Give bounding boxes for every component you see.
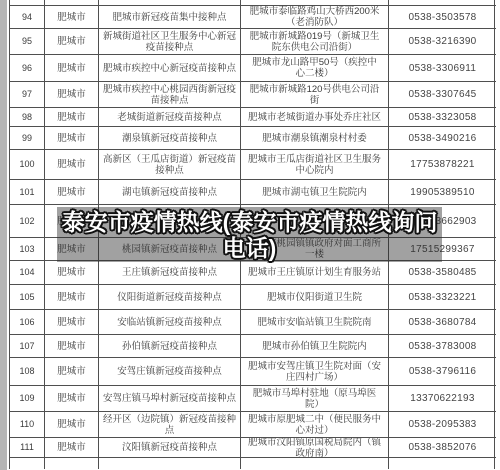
cell-phone-number: 0538-3796116	[389, 358, 496, 386]
cell-phone-number: 0538-3490216	[389, 127, 496, 150]
cell-site-address: 肥城市王庄镇原计划生育服务站	[241, 261, 389, 285]
cell-phone-number: 0538-3306911	[389, 55, 496, 82]
cell-site-name: 新城街道社区卫生服务中心新冠疫苗接种点	[99, 29, 241, 55]
cell-row-number: 98	[10, 108, 45, 127]
cell-phone	[389, 458, 496, 469]
cell-row-number: 95	[10, 29, 45, 55]
cell-phone-number: 0538-3852076	[389, 438, 496, 458]
cell-row-number: 100	[10, 150, 45, 180]
cell-city-name: 肥城市	[45, 150, 99, 180]
cell-site-name: 肥城市疾控中心新冠疫苗接种点	[99, 55, 241, 82]
partial-bottom-row	[10, 458, 494, 469]
table-row: 110 肥城市 经开区（边院镇）新冠疫苗接种点 肥城市原肥城二中（便民服务中心对…	[10, 412, 494, 438]
cell-site-address: 肥城市老城街道办事处乔庄社区	[241, 108, 389, 127]
cell-phone-number: 0538-3680784	[389, 310, 496, 335]
cell-row-number: 101	[10, 180, 45, 205]
cell-row-number: 111	[10, 438, 45, 458]
cell-site-name: 安临站镇新冠疫苗接种点	[99, 310, 241, 335]
table-row: 95 肥城市 新城街道社区卫生服务中心新冠疫苗接种点 肥城市新城路019号（新城…	[10, 29, 494, 55]
cell-city-name: 肥城市	[45, 358, 99, 386]
cell-row-number: 103	[10, 238, 45, 261]
cell-site-name: 安驾庄镇马埠村新冠疫苗接种点	[99, 386, 241, 412]
cell-city-name: 肥城市	[45, 127, 99, 150]
table-row: 108 肥城市 安驾庄镇新冠疫苗接种点 肥城市安驾庄镇卫生院对面（安庄四村广场）…	[10, 358, 494, 386]
table-row: 99 肥城市 潮泉镇新冠疫苗接种点 肥城市潮泉镇潮泉村村委 0538-34902…	[10, 127, 494, 150]
cell-site	[99, 458, 241, 469]
screenshot-root: 94 肥城市 肥城市新冠疫苗集中接种点 肥城市泰临路鸡山大桥西200米（老消防队…	[0, 0, 500, 470]
cell-site-address: 肥城市孙伯镇卫生院院内	[241, 335, 389, 358]
table-row: 109 肥城市 安驾庄镇马埠村新冠疫苗接种点 肥城市马埠村驻地（原马埠医院） 1…	[10, 386, 494, 412]
cell-city-name: 肥城市	[45, 55, 99, 82]
cell-site-name: 湖屯镇新冠疫苗接种点	[99, 180, 241, 205]
cell-row-number: 99	[10, 127, 45, 150]
cell-site-address: 肥城市原肥城二中（便民服务中心对过）	[241, 412, 389, 438]
table-row: 96 肥城市 肥城市疾控中心新冠疫苗接种点 肥城市龙山路甲50号（疾控中心二楼）…	[10, 55, 494, 82]
cell-site-address: 肥城市安临站镇卫生院院南	[241, 310, 389, 335]
cell-city-name: 肥城市	[45, 29, 99, 55]
cell-city-name: 肥城市	[45, 310, 99, 335]
cell-city-name: 肥城市	[45, 82, 99, 108]
table-row: 101 肥城市 湖屯镇新冠疫苗接种点 肥城市湖屯镇卫生院院内 199053895…	[10, 180, 494, 205]
cell-site-address: 肥城市新城路019号（新城卫生院东供电公司沿街）	[241, 29, 389, 55]
cell-site-address: 肥城市龙山路甲50号（疾控中心二楼）	[241, 55, 389, 82]
cell-phone-number: 0538-3307645	[389, 82, 496, 108]
cell-city-name: 肥城市	[45, 285, 99, 310]
cell-phone-number: 13370622193	[389, 386, 496, 412]
cell-row-number: 110	[10, 412, 45, 438]
cell-row-number: 109	[10, 386, 45, 412]
cell-row-number: 108	[10, 358, 45, 386]
cell-city-name: 肥城市	[45, 386, 99, 412]
cell-row-number: 97	[10, 82, 45, 108]
table-row: 94 肥城市 肥城市新冠疫苗集中接种点 肥城市泰临路鸡山大桥西200米（老消防队…	[10, 6, 494, 29]
watermark-text-line1: 泰安市疫情热线(泰安市疫情热线询问	[62, 209, 438, 235]
cell-site-address: 肥城市新城路120号供电公司沿街	[241, 82, 389, 108]
table-row: 105 肥城市 仪阳街道新冠疫苗接种点 肥城市仪阳街道卫生院 0538-3323…	[10, 285, 494, 310]
cell-phone-number: 0538-3783008	[389, 335, 496, 358]
cell-site-name: 高新区（王瓜店街道）新冠疫苗接种点	[99, 150, 241, 180]
cell-site-address: 肥城市安驾庄镇卫生院对面（安庄四村广场）	[241, 358, 389, 386]
cell-site-address: 肥城市泰临路鸡山大桥西200米（老消防队）	[241, 6, 389, 29]
cell-site-name: 潮泉镇新冠疫苗接种点	[99, 127, 241, 150]
left-margin-strip	[0, 0, 7, 470]
cell-city-name: 肥城市	[45, 261, 99, 285]
cell-city-name: 肥城市	[45, 6, 99, 29]
cell-row-number: 105	[10, 285, 45, 310]
cell-site-name: 孙伯镇新冠疫苗接种点	[99, 335, 241, 358]
cell-phone-number: 19905389510	[389, 180, 496, 205]
cell-row-number: 106	[10, 310, 45, 335]
table-row: 107 肥城市 孙伯镇新冠疫苗接种点 肥城市孙伯镇卫生院院内 0538-3783…	[10, 335, 494, 358]
cell-phone-number: 0538-3216390	[389, 29, 496, 55]
cell-site-address: 肥城市马埠村驻地（原马埠医院）	[241, 386, 389, 412]
cell-city-name: 肥城市	[45, 180, 99, 205]
table-row: 104 肥城市 王庄镇新冠疫苗接种点 肥城市王庄镇原计划生育服务站 0538-3…	[10, 261, 494, 285]
cell-no	[10, 458, 45, 469]
cell-site-name: 老城街道新冠疫苗接种点	[99, 108, 241, 127]
cell-site-name: 经开区（边院镇）新冠疫苗接种点	[99, 412, 241, 438]
cell-phone-number: 17753878221	[389, 150, 496, 180]
cell-site-address: 肥城市湖屯镇卫生院院内	[241, 180, 389, 205]
cell-site-address: 肥城市潮泉镇潮泉村村委	[241, 127, 389, 150]
cell-city-name: 肥城市	[45, 438, 99, 458]
cell-phone-number: 0538-3580485	[389, 261, 496, 285]
cell-phone-number: 0538-3503578	[389, 6, 496, 29]
cell-site-address: 肥城市仪阳街道卫生院	[241, 285, 389, 310]
table-row: 111 肥城市 汶阳镇新冠疫苗接种点 肥城市汶阳镇原国税局院内（镇政府南） 05…	[10, 438, 494, 458]
cell-city	[45, 458, 99, 469]
cell-row-number: 96	[10, 55, 45, 82]
cell-phone-number: 0538-3323058	[389, 108, 496, 127]
cell-phone-number: 0538-2095383	[389, 412, 496, 438]
cell-site-name: 仪阳街道新冠疫苗接种点	[99, 285, 241, 310]
cell-site-address: 肥城市王瓜店街道社区卫生服务中心院内	[241, 150, 389, 180]
cell-row-number: 104	[10, 261, 45, 285]
cell-row-number: 107	[10, 335, 45, 358]
watermark-text-line2: 电话)	[223, 235, 277, 261]
table-row: 97 肥城市 肥城市疾控中心桃园西街新冠疫苗接种点 肥城市新城路120号供电公司…	[10, 82, 494, 108]
cell-row-number: 102	[10, 205, 45, 238]
table-row: 98 肥城市 老城街道新冠疫苗接种点 肥城市老城街道办事处乔庄社区 0538-3…	[10, 108, 494, 127]
cell-row-number: 94	[10, 6, 45, 29]
cell-city-name: 肥城市	[45, 335, 99, 358]
watermark-overlay: 泰安市疫情热线(泰安市疫情热线询问 电话)	[57, 207, 442, 262]
cell-address	[241, 458, 389, 469]
table-row: 106 肥城市 安临站镇新冠疫苗接种点 肥城市安临站镇卫生院院南 0538-36…	[10, 310, 494, 335]
cell-city-name: 肥城市	[45, 412, 99, 438]
table-row: 100 肥城市 高新区（王瓜店街道）新冠疫苗接种点 肥城市王瓜店街道社区卫生服务…	[10, 150, 494, 180]
cell-site-name: 肥城市新冠疫苗集中接种点	[99, 6, 241, 29]
cell-site-name: 肥城市疾控中心桃园西街新冠疫苗接种点	[99, 82, 241, 108]
cell-site-name: 安驾庄镇新冠疫苗接种点	[99, 358, 241, 386]
cell-site-name: 王庄镇新冠疫苗接种点	[99, 261, 241, 285]
cell-site-name: 汶阳镇新冠疫苗接种点	[99, 438, 241, 458]
cell-site-address: 肥城市汶阳镇原国税局院内（镇政府南）	[241, 438, 389, 458]
cell-phone-number: 0538-3323221	[389, 285, 496, 310]
cell-city-name: 肥城市	[45, 108, 99, 127]
